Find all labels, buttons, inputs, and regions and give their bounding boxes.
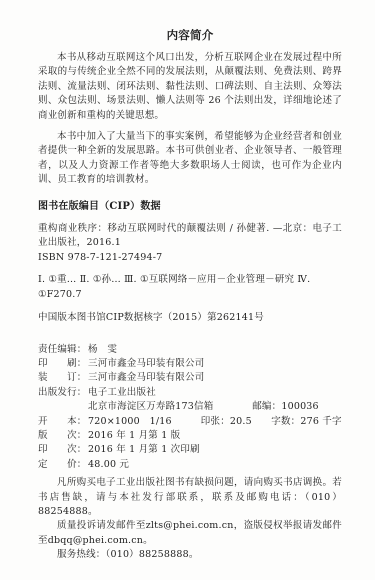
- colophon-row-binder: 装 订：三河市鑫金马印装有限公司: [38, 371, 342, 385]
- purchase-notices: 凡所购买电子工业出版社图书有缺损问题，请向购买书店调换。若书店售缺，请与本社发行…: [38, 476, 342, 562]
- colophon-label: 出版发行：: [38, 386, 88, 400]
- colophon-label: 印 刷：: [38, 357, 88, 371]
- colophon-block: 责任编辑：杨 雯 印 刷：三河市鑫金马印装有限公司 装 订：三河市鑫金马印装有限…: [38, 343, 342, 473]
- colophon-row-printer: 印 刷：三河市鑫金马印装有限公司: [38, 357, 342, 371]
- colophon-row-price: 定 价：48.00 元: [38, 458, 342, 472]
- cip-isbn: ISBN 978-7-121-27494-7: [38, 251, 342, 265]
- colophon-label: 定 价：: [38, 458, 88, 472]
- colophon-row-publisher: 出版发行：电子工业出版社: [38, 386, 342, 400]
- colophon-value: 三河市鑫金马印装有限公司: [88, 372, 204, 383]
- colophon-label: 装 订：: [38, 371, 88, 385]
- content-summary-title: 内容简介: [38, 28, 342, 42]
- colophon-value: 杨 雯: [88, 344, 117, 355]
- colophon-label: 责任编辑：: [38, 343, 88, 357]
- colophon-value: 北京市海淀区万寿路173信箱 邮编：100036: [88, 401, 319, 412]
- colophon-value: 2016 年 1 月第 1 版: [88, 430, 180, 441]
- colophon-label: 版 次：: [38, 429, 88, 443]
- cip-registry-number: 中国版本图书馆CIP数据核字（2015）第262141号: [38, 311, 342, 325]
- colophon-value: 48.00 元: [88, 459, 129, 470]
- intro-paragraph-2: 本书中加入了大量当下的事实案例，希望能够为企业经营者和创业者提供一种全新的发展思…: [38, 130, 342, 188]
- cip-classification: Ⅰ. ①重… Ⅱ. ①孙… Ⅲ. ①互联网络－应用－企业管理－研究 Ⅳ. ①F2…: [38, 273, 342, 302]
- colophon-value: 720×1000 1/16 印张：20.5 字数：276 千字: [88, 416, 342, 427]
- cip-heading: 图书在版编目（CIP）数据: [38, 200, 342, 214]
- colophon-label: 印 次：: [38, 443, 88, 457]
- colophon-row-address: 北京市海淀区万寿路173信箱 邮编：100036: [38, 400, 342, 414]
- colophon-label: 开 本：: [38, 415, 88, 429]
- book-copyright-page: 内容简介 本书从移动互联网这个风口出发，分析互联网企业在发展过程中所采取的与传统…: [0, 0, 375, 580]
- colophon-row-format: 开 本：720×1000 1/16 印张：20.5 字数：276 千字: [38, 415, 342, 429]
- intro-paragraph-1: 本书从移动互联网这个风口出发，分析互联网企业在发展过程中所采取的与传统企业全然不…: [38, 51, 342, 123]
- colophon-value: 电子工业出版社: [88, 387, 156, 398]
- colophon-row-editor: 责任编辑：杨 雯: [38, 343, 342, 357]
- colophon-row-impression: 印 次：2016 年 1 月第 1 次印刷: [38, 443, 342, 457]
- colophon-row-edition: 版 次：2016 年 1 月第 1 版: [38, 429, 342, 443]
- colophon-value: 2016 年 1 月第 1 次印刷: [88, 444, 200, 455]
- colophon-value: 三河市鑫金马印装有限公司: [88, 358, 204, 369]
- notice-paragraph-hotline: 服务热线：（010）88258888。: [38, 548, 342, 562]
- notice-paragraph-returns: 凡所购买电子工业出版社图书有缺损问题，请向购买书店调换。若书店售缺，请与本社发行…: [38, 476, 342, 519]
- notice-paragraph-complaints: 质量投诉请发邮件至zlts@phei.com.cn，盗版侵权举报请发邮件至dbq…: [38, 519, 342, 548]
- cip-record: 重构商业秩序：移动互联网时代的颠覆法则 / 孙健著. —北京：电子工业出版社，2…: [38, 222, 342, 251]
